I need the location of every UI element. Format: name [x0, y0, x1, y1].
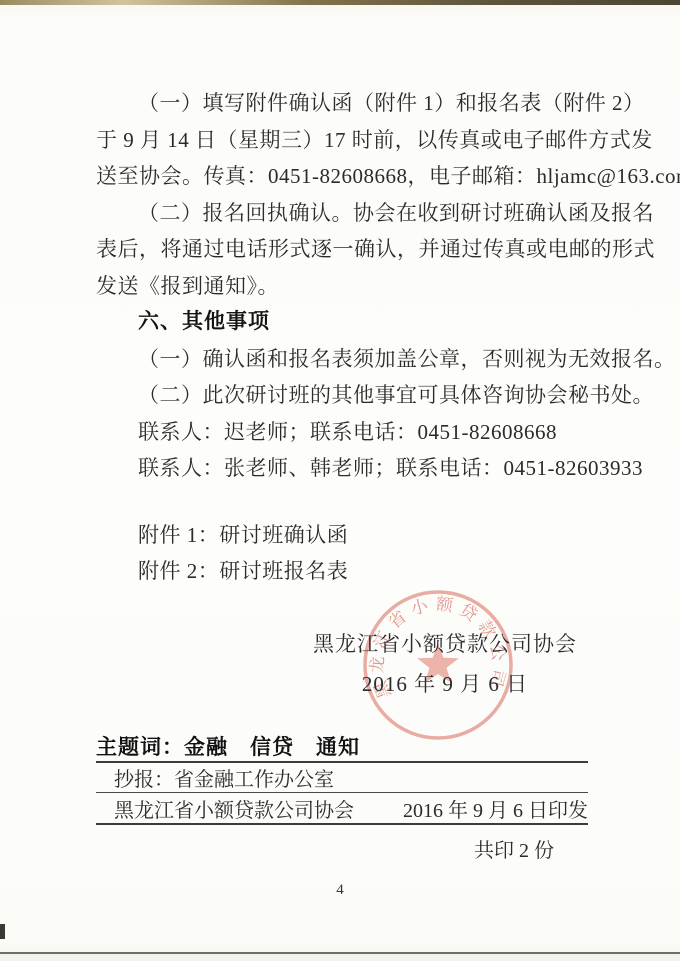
contact-line: 联系人：张老师、韩老师；联系电话：0451-82603933 — [96, 450, 588, 487]
copy-to-row: 抄报：省金融工作办公室 — [96, 763, 588, 793]
signature-date: 2016 年 9 月 6 日 — [300, 671, 590, 697]
scan-edge-top — [0, 0, 680, 5]
scan-strip-below — [0, 954, 680, 961]
signature-block: 黑龙江省小额贷款公司协会 2016 年 9 月 6 日 — [300, 631, 590, 697]
body-line: （一）确认函和报名表须加盖公章，否则视为无效报名。 — [96, 341, 588, 378]
page-number: 4 — [0, 882, 680, 899]
body-line: 于 9 月 14 日（星期三）17 时前，以传真或电子邮件方式发 — [96, 122, 588, 159]
contact-line: 联系人：迟老师；联系电话：0451-82608668 — [96, 414, 588, 451]
body-line: 表后，将通过电话形式逐一确认，并通过传真或电邮的形式 — [96, 231, 588, 268]
paragraph-gap — [96, 487, 588, 517]
keywords-row: 主题词：金融 信贷 通知 — [96, 731, 588, 763]
copy-to-text: 抄报：省金融工作办公室 — [114, 763, 334, 792]
keywords-text: 主题词：金融 信贷 通知 — [96, 731, 360, 761]
body-line: （二）此次研讨班的其他事宜可具体咨询协会秘书处。 — [96, 377, 588, 414]
document-footer: 主题词：金融 信贷 通知 抄报：省金融工作办公室 黑龙江省小额贷款公司协会 20… — [96, 731, 588, 863]
body-line: 发送《报到通知》。 — [96, 268, 588, 305]
attachment-line: 附件 1：研讨班确认函 — [96, 517, 588, 554]
scanned-document-page: （一）填写附件确认函（附件 1）和报名表（附件 2） 于 9 月 14 日（星期… — [0, 0, 680, 961]
body-line: 送至协会。传真：0451-82608668，电子邮箱：hljamc@163.co… — [96, 158, 588, 195]
issuer-name: 黑龙江省小额贷款公司协会 — [114, 794, 354, 823]
body-line: （一）填写附件确认函（附件 1）和报名表（附件 2） — [96, 85, 588, 122]
copies-count: 共印 2 份 — [474, 834, 554, 863]
print-date: 2016 年 9 月 6 日印发 — [403, 794, 588, 823]
issuer-row: 黑龙江省小额贷款公司协会 2016 年 9 月 6 日印发 — [96, 793, 588, 825]
body-line: （二）报名回执确认。协会在收到研讨班确认函及报名 — [96, 195, 588, 232]
scan-artifact-mark — [0, 924, 5, 939]
section-heading: 六、其他事项 — [96, 304, 588, 341]
signature-issuer-name: 黑龙江省小额贷款公司协会 — [300, 631, 590, 657]
copies-row: 共印 2 份 — [96, 825, 588, 863]
attachment-line: 附件 2：研讨班报名表 — [96, 553, 588, 590]
document-body: （一）填写附件确认函（附件 1）和报名表（附件 2） 于 9 月 14 日（星期… — [96, 85, 588, 590]
